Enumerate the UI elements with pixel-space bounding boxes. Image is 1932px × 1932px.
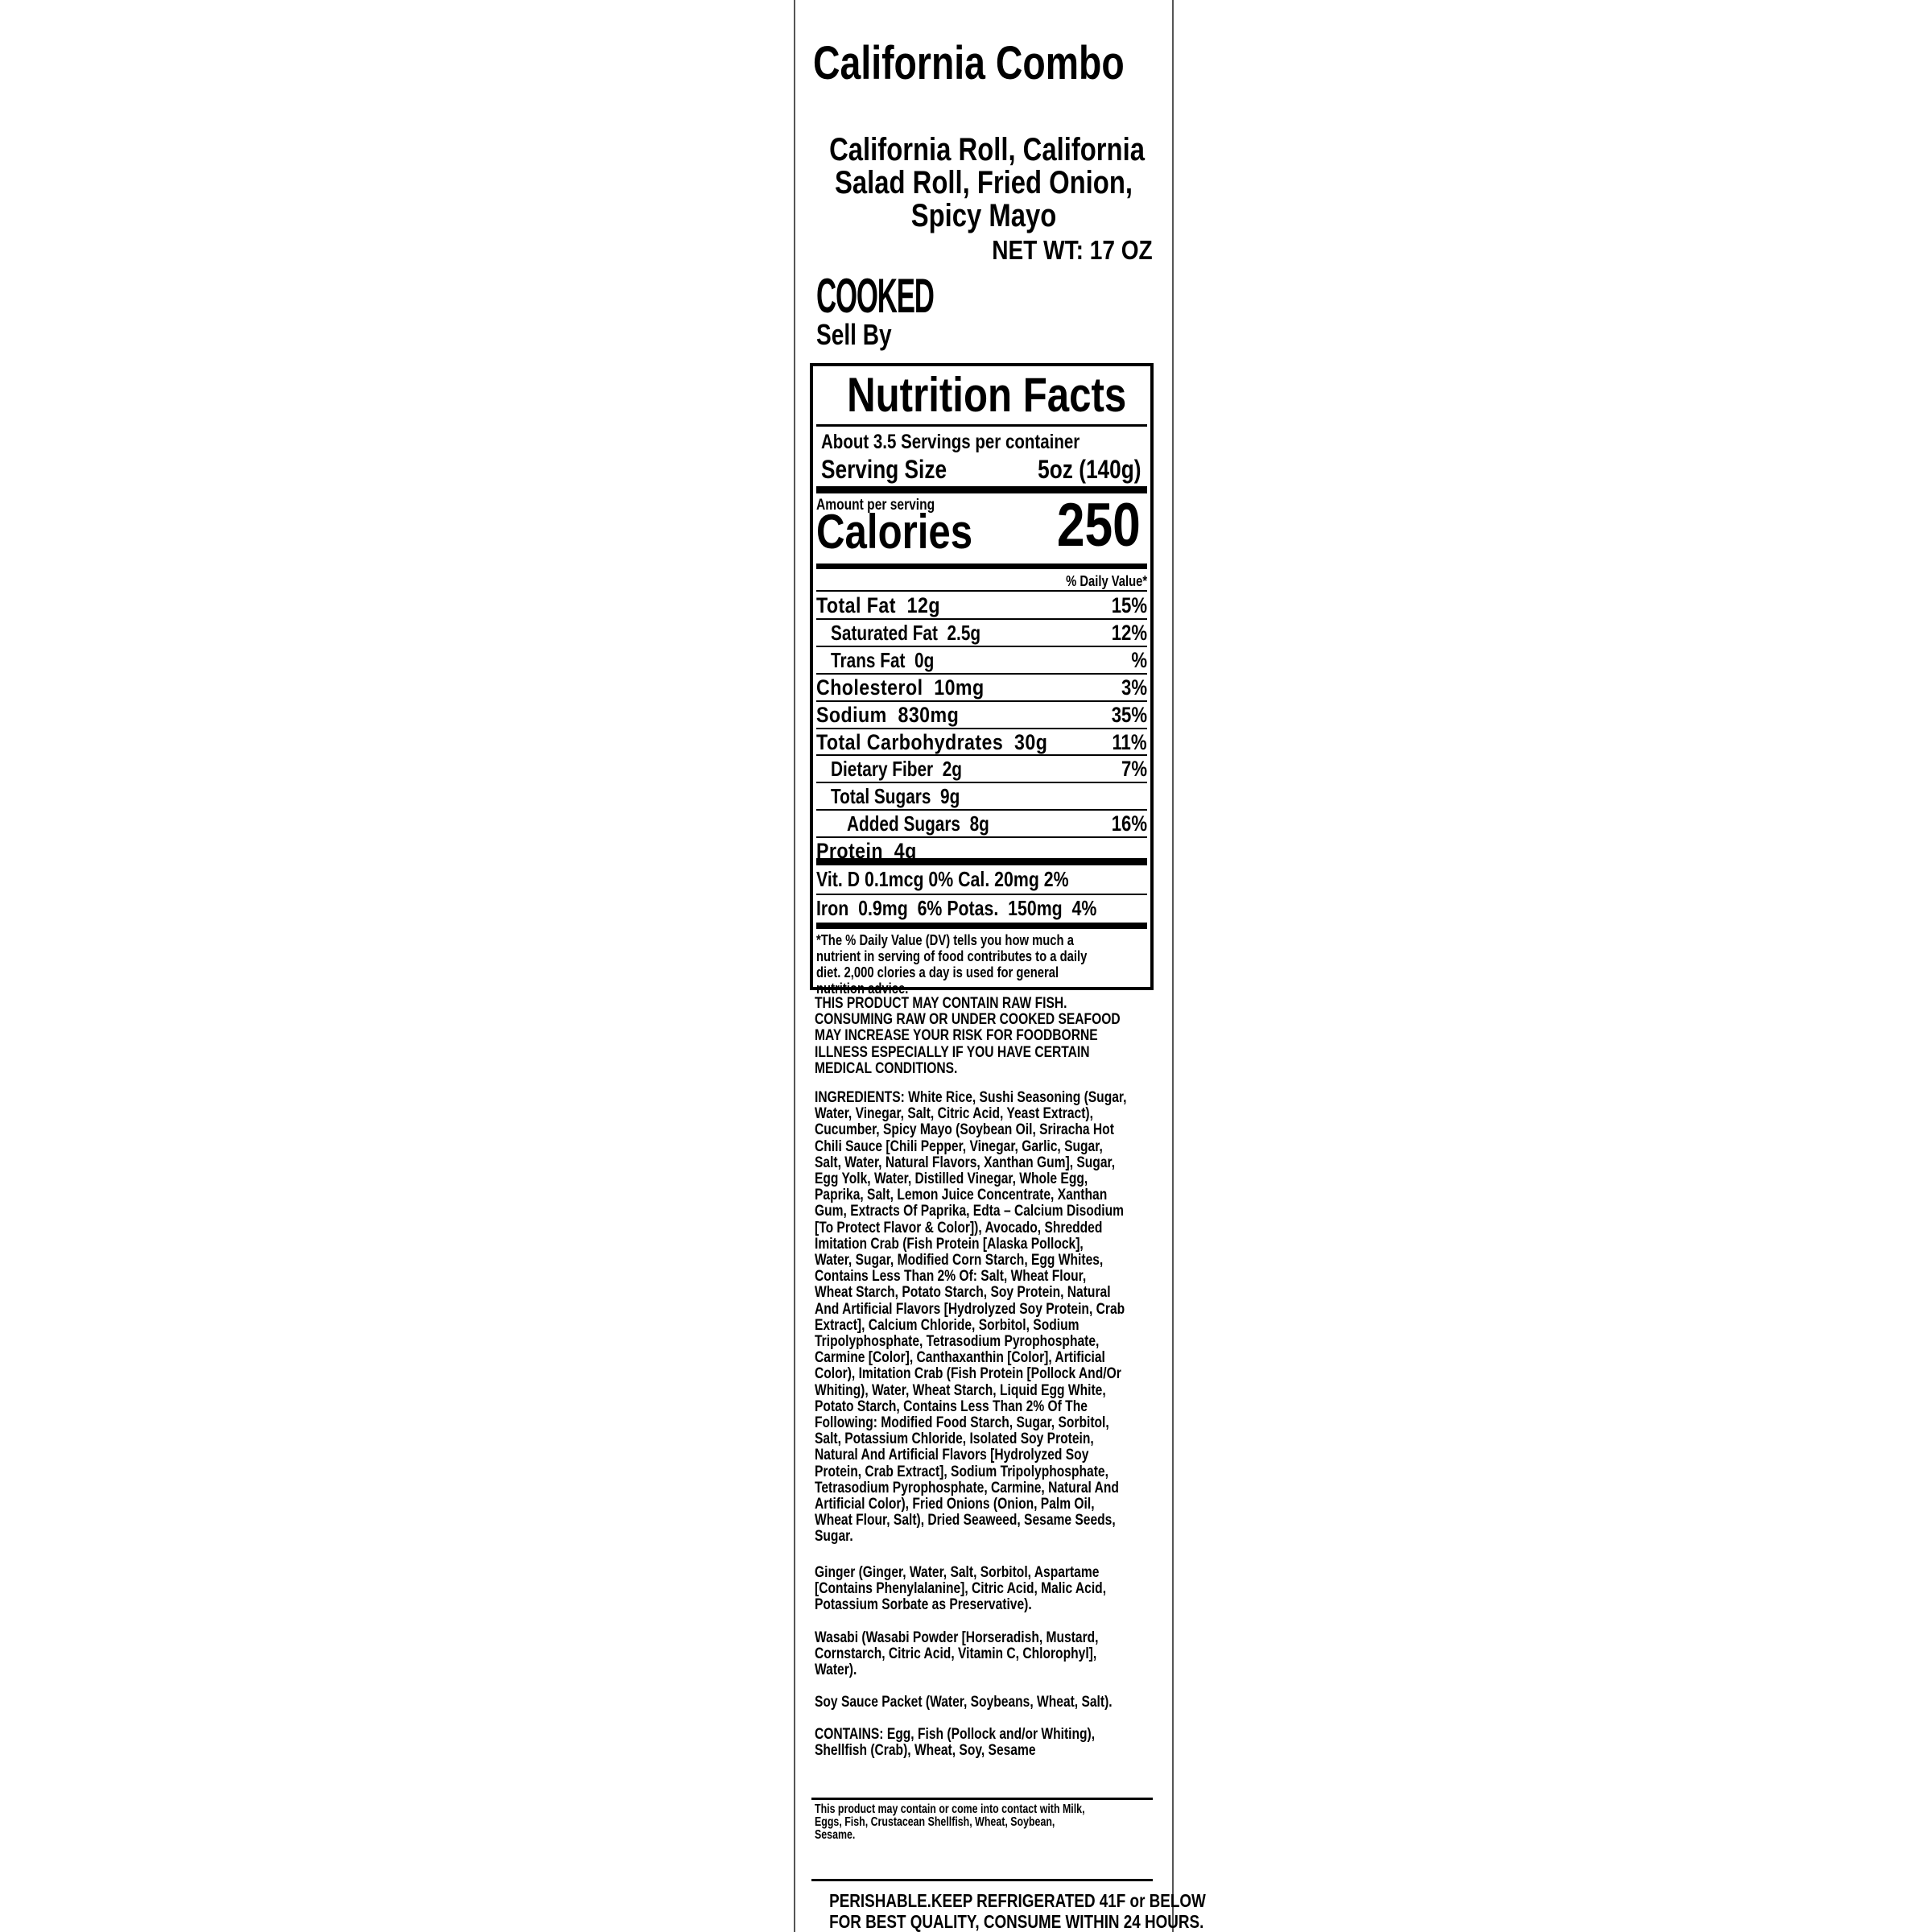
sell-by-label: Sell By <box>816 320 913 349</box>
divider <box>816 894 1147 895</box>
vitamins-line: Vit. D 0.1mcg 0% Cal. 20mg 2% <box>816 869 1069 890</box>
calories-label: Calories <box>816 508 972 556</box>
divider <box>816 782 1147 783</box>
nutrient-name: Added Sugars <box>847 811 960 836</box>
ingredients-list: INGREDIENTS: White Rice, Sushi Seasoning… <box>815 1089 1169 1545</box>
nutrient-row: Trans Fat 0g <box>831 650 934 671</box>
ingredients-line: Cucumber, Spicy Mayo (Soybean Oil, Srira… <box>815 1121 1169 1137</box>
nutrient-amount: 30g <box>1014 730 1047 754</box>
ingredients-line: And Artificial Flavors [Hydrolyzed Soy P… <box>815 1301 1169 1317</box>
ingredients-line: Chili Sauce [Chili Pepper, Vinegar, Garl… <box>815 1138 1169 1154</box>
nutrient-row: Added Sugars 8g <box>847 813 989 834</box>
nutrition-facts-panel: Nutrition Facts About 3.5 Servings per c… <box>810 363 1154 990</box>
daily-value-footnote: *The % Daily Value (DV) tells you how mu… <box>816 932 1087 997</box>
description-line: Salad Roll, Fried Onion, <box>829 167 1138 200</box>
divider <box>816 673 1147 675</box>
nutrient-name: Cholesterol <box>816 675 923 700</box>
ingredients-line: Natural And Artificial Flavors [Hydrolyz… <box>815 1447 1169 1463</box>
nutrient-daily-value: % <box>1131 650 1147 671</box>
thick-divider <box>816 563 1147 569</box>
ingredients-line: [To Protect Flavor & Color]), Avocado, S… <box>815 1220 1169 1236</box>
product-label: California Combo California Roll, Califo… <box>794 0 1174 1932</box>
nutrient-name: Trans Fat <box>831 648 905 672</box>
ingredients-line: Water, Vinegar, Salt, Citric Acid, Yeast… <box>815 1105 1169 1121</box>
sell-by-text: Sell By <box>816 320 892 349</box>
cooked-label: COOKED <box>816 272 1018 320</box>
nutrient-daily-value: 11% <box>1113 732 1147 753</box>
product-description: California Roll, California Salad Roll, … <box>795 134 1172 233</box>
nutrient-amount: 2g <box>943 757 962 781</box>
ingredients-line: Water, Sugar, Modified Corn Starch, Egg … <box>815 1252 1169 1268</box>
ingredients-line: Egg Yolk, Water, Distilled Vinegar, Whol… <box>815 1170 1169 1187</box>
wasabi-ingredients: Wasabi (Wasabi Powder [Horseradish, Must… <box>815 1629 1169 1678</box>
ginger-line: [Contains Phenylalanine], Citric Acid, M… <box>815 1580 1169 1596</box>
nutrient-daily-value: 35% <box>1112 704 1147 726</box>
serving-size-value: 5oz (140g) <box>1038 456 1141 482</box>
description-line: Spicy Mayo <box>829 200 1138 233</box>
ingredients-line: Salt, Water, Natural Flavors, Xanthan Gu… <box>815 1154 1169 1170</box>
footnote-line: diet. 2,000 clories a day is used for ge… <box>816 964 1087 980</box>
ingredients-line: Wheat Flour, Salt), Dried Seaweed, Sesam… <box>815 1512 1169 1528</box>
nutrient-name: Total Fat <box>816 593 896 617</box>
nutrient-row: Total Fat 12g <box>816 595 940 617</box>
wasabi-line: Wasabi (Wasabi Powder [Horseradish, Must… <box>815 1629 1169 1645</box>
cross-contact-notice: This product may contain or come into co… <box>815 1803 1169 1842</box>
description-line: California Roll, California <box>829 134 1138 167</box>
divider <box>816 754 1147 756</box>
ingredients-line: Whiting), Water, Wheat Starch, Liquid Eg… <box>815 1382 1169 1398</box>
contains-line: Shellfish (Crab), Wheat, Soy, Sesame <box>815 1742 1169 1758</box>
product-title: California Combo <box>813 40 1202 87</box>
nutrient-row: Saturated Fat 2.5g <box>831 622 980 643</box>
nutrient-row: Cholesterol 10mg <box>816 677 985 699</box>
storage-line: FOR BEST QUALITY, CONSUME WITHIN 24 HOUR… <box>829 1911 1138 1932</box>
nutrient-daily-value: 3% <box>1121 677 1147 699</box>
divider <box>816 809 1147 811</box>
ingredients-line: Wheat Starch, Potato Starch, Soy Protein… <box>815 1284 1169 1300</box>
cooked-text: COOKED <box>816 272 934 320</box>
net-weight: NET WT: 17 OZ <box>964 237 1153 263</box>
soy-sauce-ingredients: Soy Sauce Packet (Water, Soybeans, Wheat… <box>815 1694 1169 1710</box>
warning-line: ILLNESS ESPECIALLY IF YOU HAVE CERTAIN <box>815 1044 1169 1060</box>
nutrient-name: Saturated Fat <box>831 621 938 645</box>
ingredients-line: Tetrasodium Pyrophosphate, Carmine, Natu… <box>815 1480 1169 1496</box>
nutrient-daily-value: 12% <box>1112 622 1147 644</box>
storage-line: PERISHABLE.KEEP REFRIGERATED 41F or BELO… <box>829 1890 1138 1911</box>
nutrient-row: Dietary Fiber 2g <box>831 758 962 779</box>
ingredients-line: Artificial Color), Fried Onions (Onion, … <box>815 1496 1169 1512</box>
cross-contact-line: Sesame. <box>815 1829 1169 1842</box>
nutrient-row: Total Carbohydrates 30g <box>816 732 1047 753</box>
ingredients-line: Protein, Crab Extract], Sodium Tripolyph… <box>815 1463 1169 1480</box>
product-title-text: California Combo <box>813 40 1125 87</box>
ingredients-line: Salt, Potassium Chloride, Isolated Soy P… <box>815 1430 1169 1447</box>
minerals-line: Iron 0.9mg 6% Potas. 150mg 4% <box>816 898 1096 919</box>
ingredients-line: INGREDIENTS: White Rice, Sushi Seasoning… <box>815 1089 1169 1105</box>
ingredients-line: Carmine [Color], Canthaxanthin [Color], … <box>815 1349 1169 1365</box>
divider <box>816 590 1147 592</box>
ingredients-line: Imitation Crab (Fish Protein [Alaska Pol… <box>815 1236 1169 1252</box>
nutrient-amount: 9g <box>940 784 960 808</box>
cross-contact-line: Eggs, Fish, Crustacean Shellfish, Wheat,… <box>815 1816 1169 1829</box>
divider <box>816 618 1147 620</box>
nutrient-amount: 0g <box>914 648 934 672</box>
contains-line: CONTAINS: Egg, Fish (Pollock and/or Whit… <box>815 1726 1169 1742</box>
footnote-line: nutrient in serving of food contributes … <box>816 948 1087 964</box>
warning-line: CONSUMING RAW OR UNDER COOKED SEAFOOD <box>815 1011 1169 1027</box>
ginger-line: Potassium Sorbate as Preservative). <box>815 1596 1169 1612</box>
nutrient-amount: 830mg <box>898 703 959 727</box>
warning-line: THIS PRODUCT MAY CONTAIN RAW FISH. <box>815 995 1169 1011</box>
cross-contact-line: This product may contain or come into co… <box>815 1803 1169 1816</box>
divider <box>816 836 1147 838</box>
thick-divider <box>816 858 1147 865</box>
soy-sauce-line: Soy Sauce Packet (Water, Soybeans, Wheat… <box>815 1694 1169 1710</box>
servings-per-container: About 3.5 Servings per container <box>821 432 1080 452</box>
divider <box>811 1798 1153 1800</box>
nutrition-facts-heading: Nutrition Facts <box>816 371 1154 419</box>
ginger-ingredients: Ginger (Ginger, Water, Salt, Sorbitol, A… <box>815 1564 1169 1613</box>
wasabi-line: Water). <box>815 1662 1169 1678</box>
ingredients-line: Tripolyphosphate, Tetrasodium Pyrophosph… <box>815 1333 1169 1349</box>
ingredients-line: Sugar. <box>815 1528 1169 1544</box>
wasabi-line: Cornstarch, Citric Acid, Vitamin C, Chlo… <box>815 1645 1169 1662</box>
ingredients-line: Potato Starch, Contains Less Than 2% Of … <box>815 1398 1169 1414</box>
divider <box>811 1879 1153 1881</box>
nutrient-daily-value: 7% <box>1121 758 1147 780</box>
nutrient-name: Dietary Fiber <box>831 757 933 781</box>
ingredients-line: Following: Modified Food Starch, Sugar, … <box>815 1414 1169 1430</box>
ingredients-line: Contains Less Than 2% Of: Salt, Wheat Fl… <box>815 1268 1169 1284</box>
nutrient-amount: 2.5g <box>947 621 980 645</box>
warning-line: MEDICAL CONDITIONS. <box>815 1060 1169 1076</box>
warning-line: MAY INCREASE YOUR RISK FOR FOODBORNE <box>815 1027 1169 1043</box>
nutrient-daily-value: 16% <box>1112 813 1147 835</box>
daily-value-header: % Daily Value* <box>1066 574 1147 588</box>
nutrient-name: Total Sugars <box>831 784 931 808</box>
thick-divider <box>816 923 1147 929</box>
ingredients-line: Paprika, Salt, Lemon Juice Concentrate, … <box>815 1187 1169 1203</box>
nutrient-name: Sodium <box>816 703 887 727</box>
storage-instructions: PERISHABLE.KEEP REFRIGERATED 41F or BELO… <box>795 1890 1172 1932</box>
ingredients-line: Extract], Calcium Chloride, Sorbitol, So… <box>815 1317 1169 1333</box>
ingredients-line: Color), Imitation Crab (Fish Protein [Po… <box>815 1365 1169 1381</box>
nutrient-name: Total Carbohydrates <box>816 730 1003 754</box>
divider <box>816 700 1147 702</box>
raw-fish-warning: THIS PRODUCT MAY CONTAIN RAW FISH. CONSU… <box>815 995 1169 1076</box>
nutrient-amount: 12g <box>907 593 940 617</box>
footnote-line: *The % Daily Value (DV) tells you how mu… <box>816 932 1087 948</box>
divider <box>816 646 1147 647</box>
nutrient-daily-value: 15% <box>1112 595 1147 617</box>
nutrient-row: Total Sugars 9g <box>831 786 960 807</box>
allergen-contains: CONTAINS: Egg, Fish (Pollock and/or Whit… <box>815 1726 1169 1758</box>
nutrient-row: Sodium 830mg <box>816 704 959 726</box>
calories-value: 250 <box>1057 495 1141 556</box>
ginger-line: Ginger (Ginger, Water, Salt, Sorbitol, A… <box>815 1564 1169 1580</box>
serving-size-label: Serving Size <box>821 456 947 482</box>
nutrition-heading-text: Nutrition Facts <box>847 371 1126 419</box>
net-weight-text: NET WT: 17 OZ <box>993 237 1153 263</box>
divider <box>816 728 1147 729</box>
nutrient-amount: 10mg <box>934 675 984 700</box>
ingredients-line: Gum, Extracts Of Paprika, Edta – Calcium… <box>815 1203 1169 1219</box>
divider <box>816 424 1147 427</box>
nutrient-amount: 8g <box>970 811 989 836</box>
